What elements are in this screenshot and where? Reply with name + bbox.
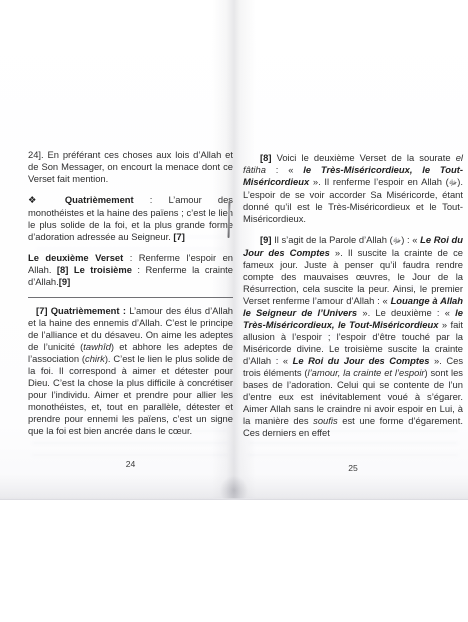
footnote-8: [8] Voici le deuxième Verset de la soura…	[243, 152, 463, 225]
page-number-right: 25	[243, 463, 463, 473]
page-number-left: 24	[28, 459, 233, 469]
page-right: [8] Voici le deuxième Verset de la soura…	[243, 152, 463, 439]
footnote-separator	[28, 297, 233, 298]
page-bottom-edge	[0, 474, 468, 500]
paragraph-verse-summary: Le deuxième Verset : Renferme l’espoir e…	[28, 252, 233, 288]
footnote-9: [9] Il s’agit de la Parole d’Allah (ﷻ) :…	[243, 234, 463, 439]
paragraph-continuation: 24]. En préférant ces choses aux lois d’…	[28, 149, 233, 185]
page-left: 24]. En préférant ces choses aux lois d’…	[28, 149, 233, 437]
footnote-7: [7] Quatrièmement : L’amour des élus d’A…	[28, 305, 233, 437]
paragraph-fourthly: ❖Quatrièmement : L’amour des monothéiste…	[28, 194, 233, 243]
book-photo: 24]. En préférant ces choses aux lois d’…	[0, 0, 468, 622]
